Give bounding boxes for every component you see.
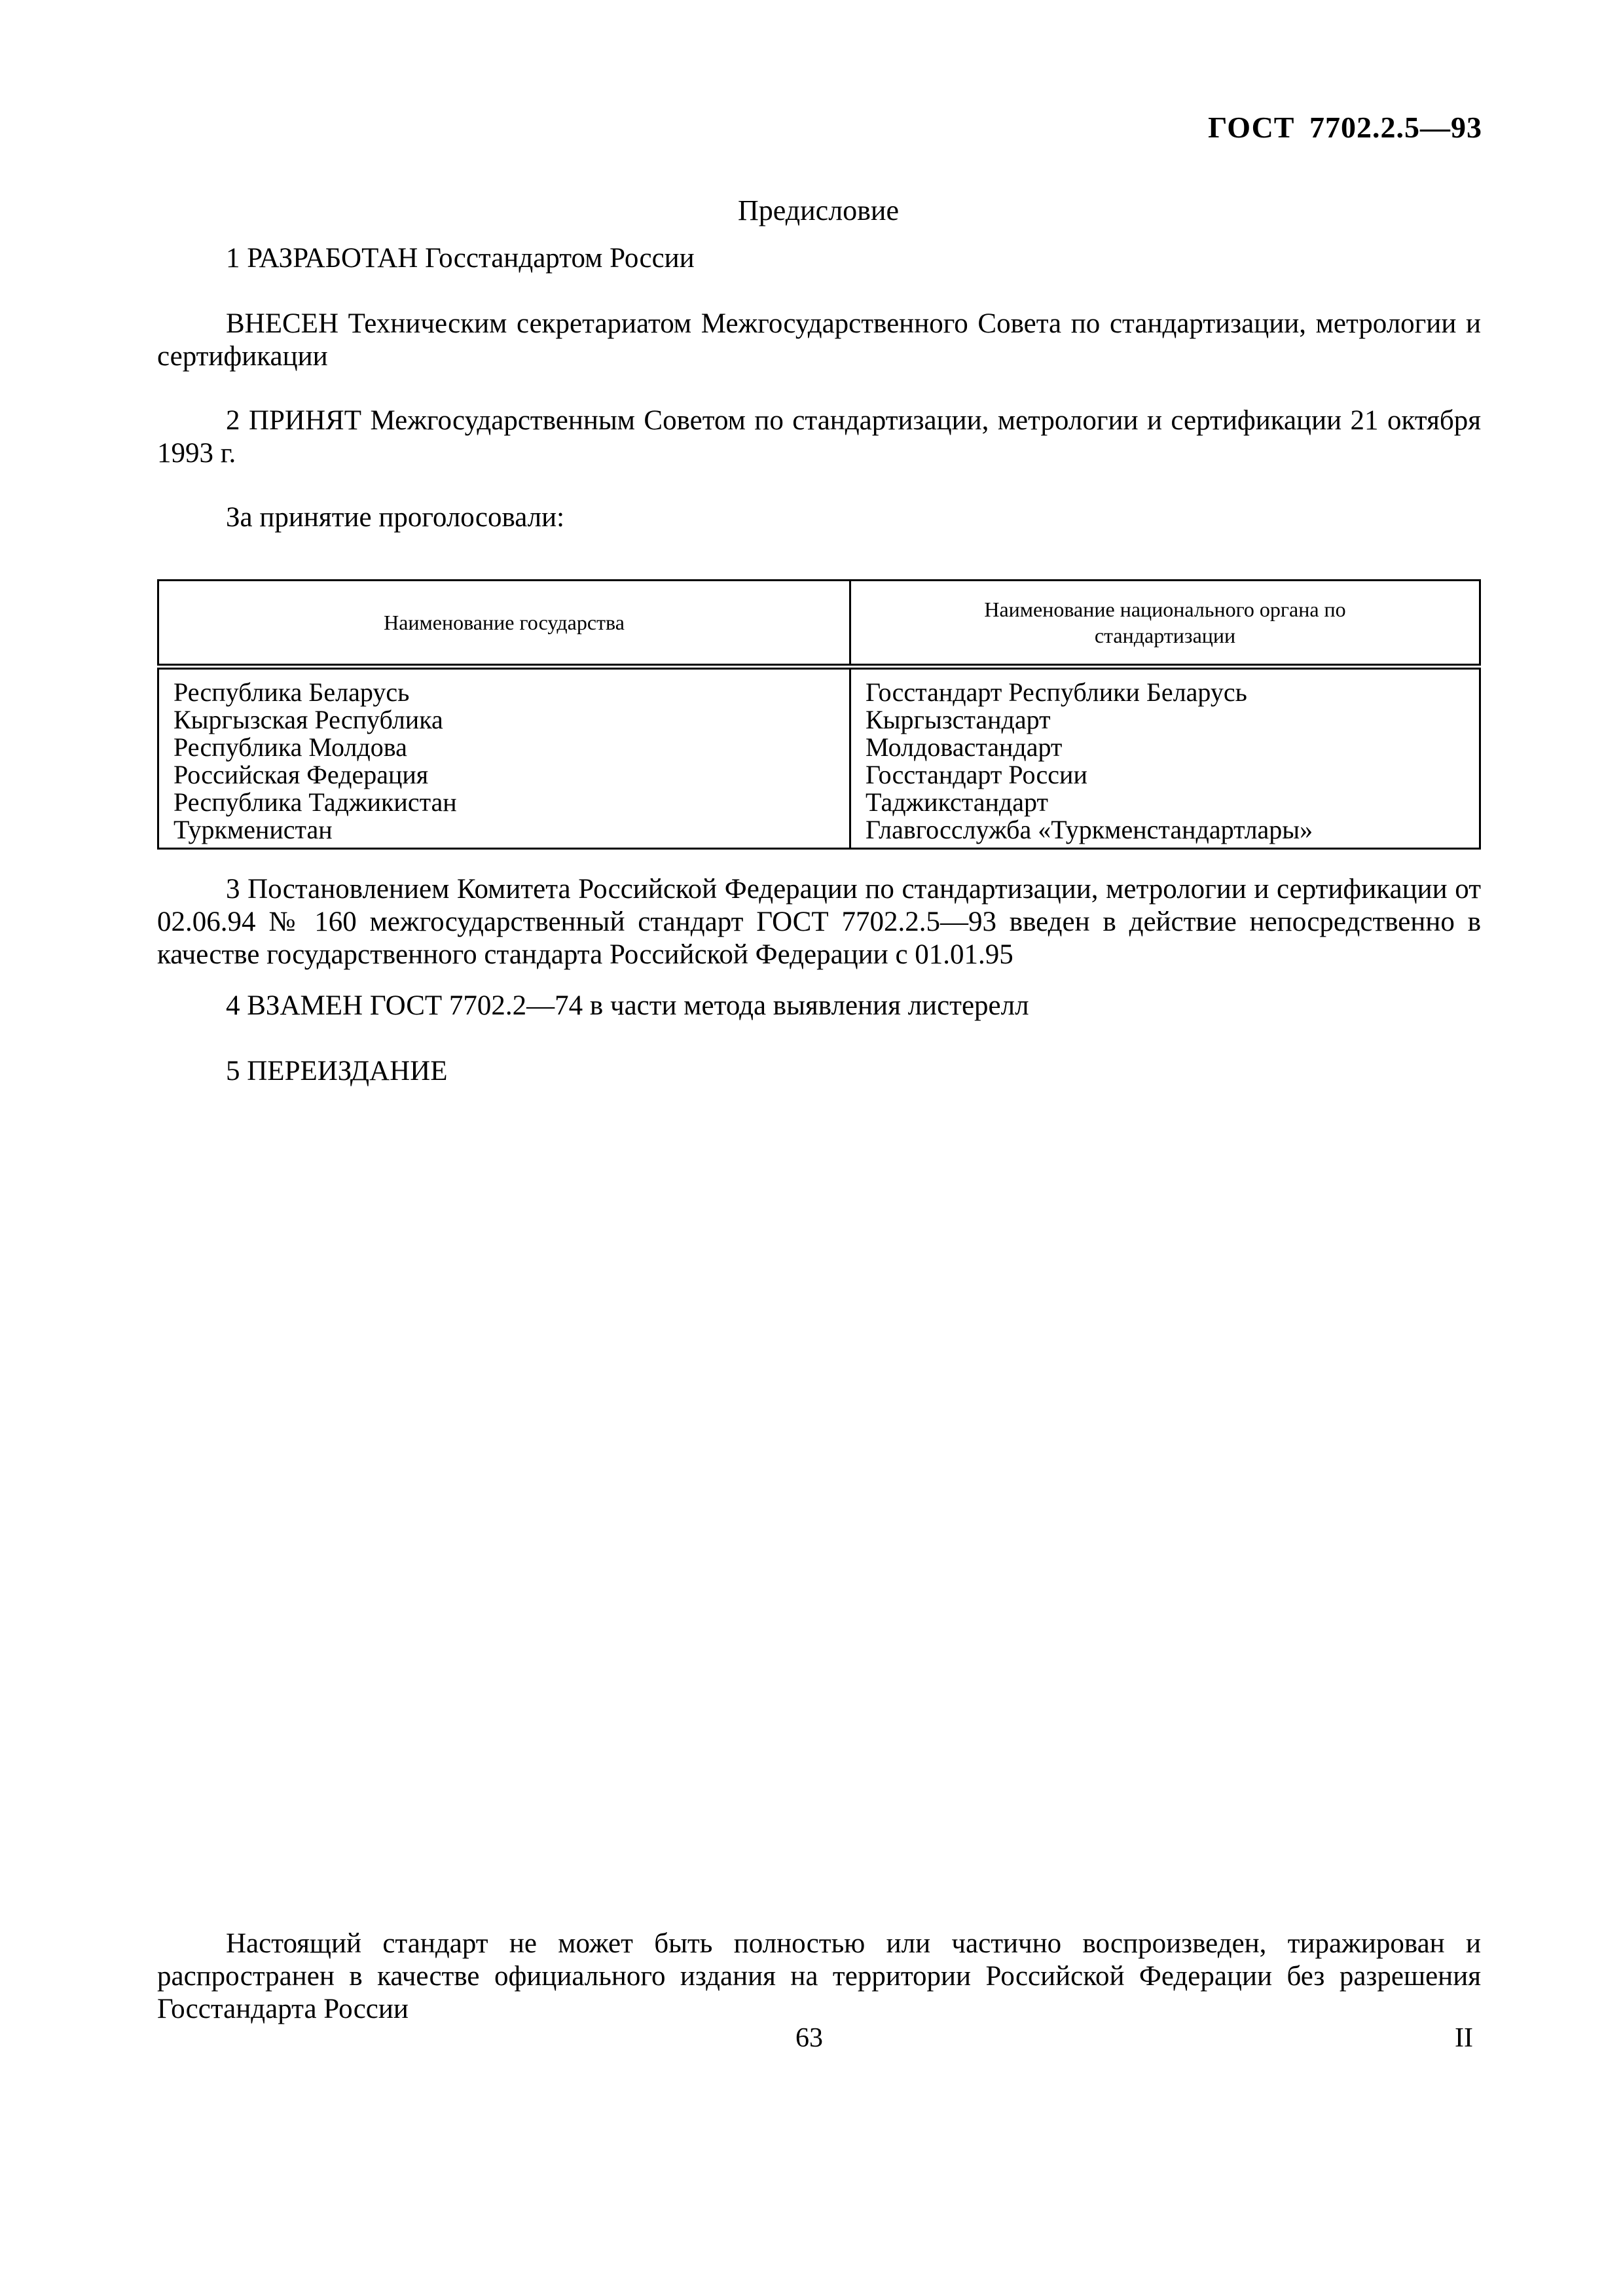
table-header-national-body: Наименование национального органа по ста… — [850, 581, 1480, 667]
document-page: ГОСТ 7702.2.5—93 Предисловие 1 РАЗРАБОТА… — [0, 0, 1623, 2296]
table-cell-state: Кыргызская Республика — [173, 706, 835, 734]
table-cell-national-body: Таджикстандарт — [866, 789, 1465, 816]
section-4-replaces: 4 ВЗАМЕН ГОСТ 7702.2—74 в части метода в… — [157, 990, 1481, 1022]
table-header-row: Наименование государства Наименование на… — [158, 581, 1480, 667]
voting-states-table: Наименование государства Наименование на… — [157, 579, 1481, 850]
table-header-national-body-label: Наименование национального органа по ста… — [962, 596, 1368, 649]
national-bodies-cell: Госстандарт Республики Беларусь Кыргызст… — [850, 667, 1480, 849]
table-cell-state: Российская Федерация — [173, 761, 835, 789]
table-cell-national-body: Молдовастандарт — [866, 734, 1465, 761]
table-cell-national-body: Госстандарт России — [866, 761, 1465, 789]
table-header-state: Наименование государства — [158, 581, 850, 667]
table-body-row: Республика Беларусь Кыргызская Республик… — [158, 667, 1480, 849]
table-cell-national-body: Госстандарт Республики Беларусь — [866, 679, 1465, 706]
section-5-reissue: 5 ПЕРЕИЗДАНИЕ — [157, 1055, 1481, 1088]
table-cell-state: Республика Беларусь — [173, 679, 835, 706]
page-title: Предисловие — [0, 194, 1623, 227]
state-names-cell: Республика Беларусь Кыргызская Республик… — [158, 667, 850, 849]
page-number: 63 — [795, 2022, 823, 2054]
table-cell-state: Республика Молдова — [173, 734, 835, 761]
voted-for-label: За принятие проголосовали: — [157, 501, 1481, 534]
section-1-submitted: ВНЕСЕН Техническим секретариатом Межгосу… — [157, 308, 1481, 373]
table-cell-state: Республика Таджикистан — [173, 789, 835, 816]
table-cell-national-body: Главгосслужба «Туркменстандартлары» — [866, 816, 1465, 844]
section-3-enacted: 3 Постановлением Комитета Российской Фед… — [157, 873, 1481, 971]
section-2-adopted: 2 ПРИНЯТ Межгосударственным Советом по с… — [157, 404, 1481, 470]
document-code: ГОСТ 7702.2.5—93 — [1208, 110, 1482, 145]
table-cell-state: Туркменистан — [173, 816, 835, 844]
copyright-notice: Настоящий стандарт не может быть полност… — [157, 1928, 1481, 2026]
section-1-developed: 1 РАЗРАБОТАН Госстандартом России — [157, 242, 1481, 275]
table-cell-national-body: Кыргызстандарт — [866, 706, 1465, 734]
roman-page-marker: II — [1455, 2022, 1473, 2054]
